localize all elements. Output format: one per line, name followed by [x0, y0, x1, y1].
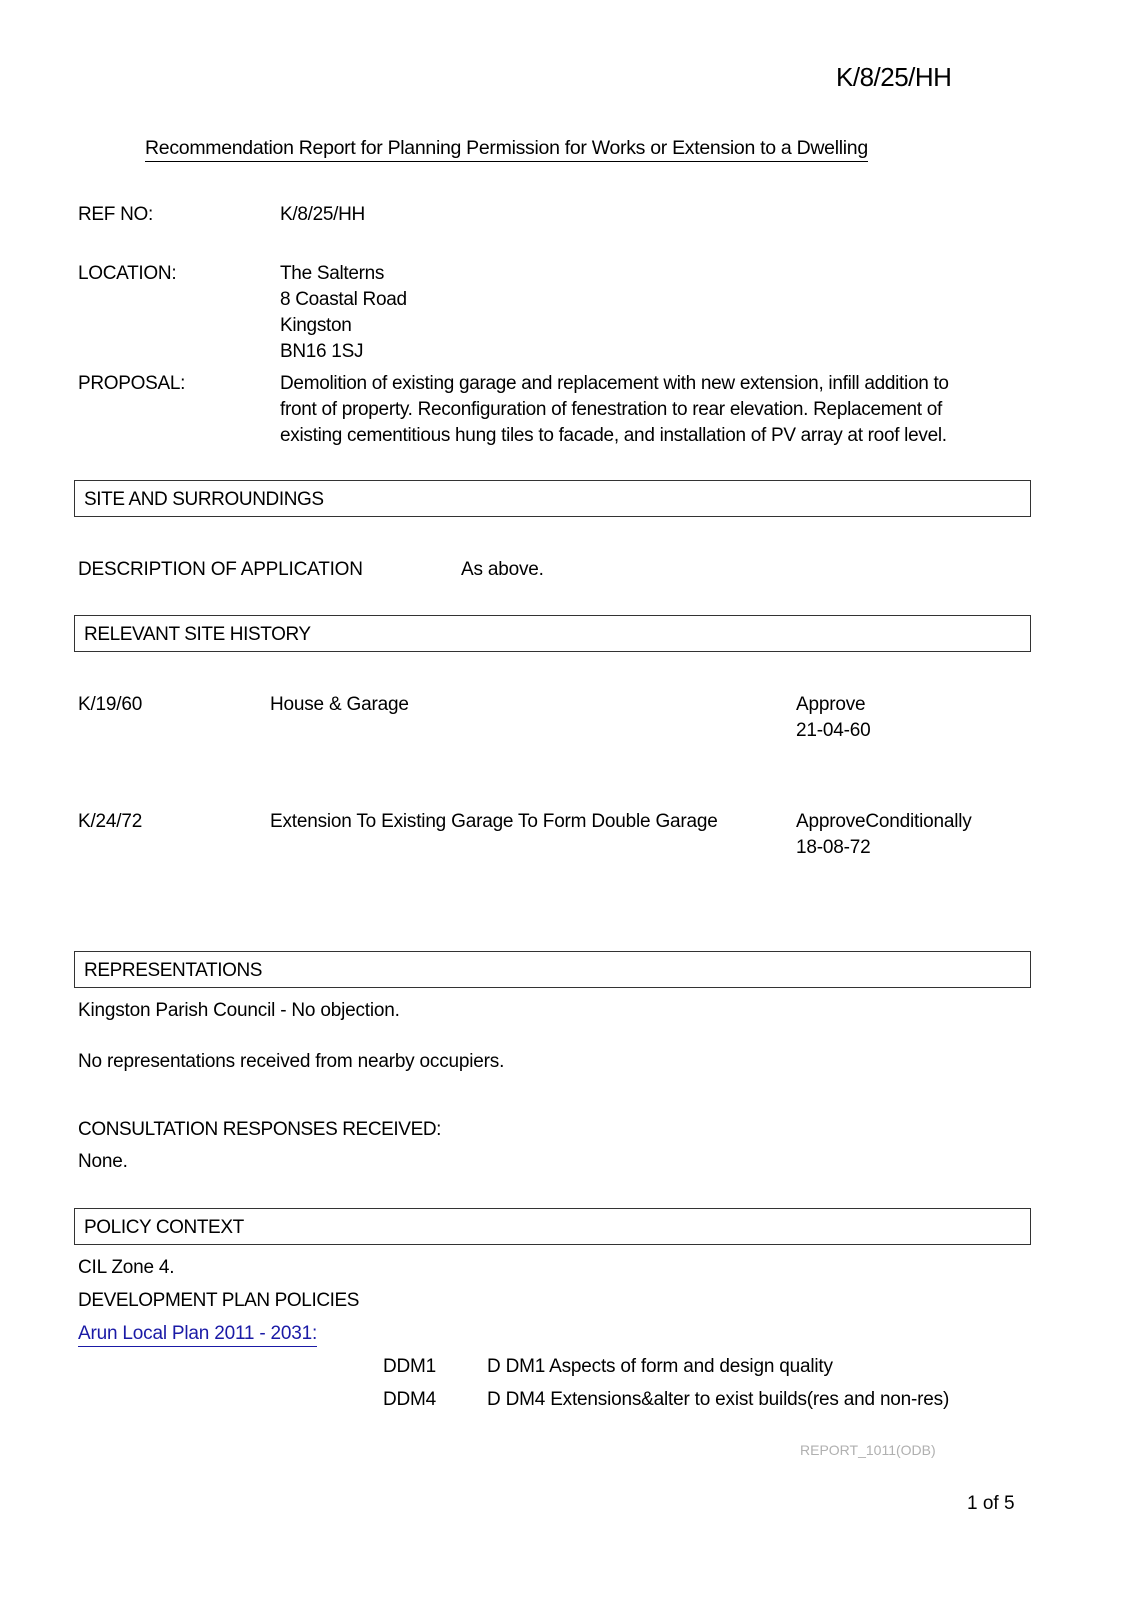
section-title: RELEVANT SITE HISTORY: [84, 624, 311, 646]
proposal-line: Demolition of existing garage and replac…: [280, 371, 1050, 397]
history-date: 21-04-60: [796, 718, 870, 744]
section-site-and-surroundings: SITE AND SURROUNDINGS: [74, 480, 1031, 517]
representation-line: No representations received from nearby …: [78, 1049, 504, 1075]
document-title: Recommendation Report for Planning Permi…: [145, 137, 868, 162]
history-description: House & Garage: [270, 692, 409, 718]
policy-code: DDM1: [383, 1354, 436, 1380]
ref-no-label: REF NO:: [78, 202, 153, 228]
location-line: The Salterns: [280, 261, 407, 287]
location-label: LOCATION:: [78, 261, 176, 287]
description-value: As above.: [461, 557, 544, 583]
proposal-value: Demolition of existing garage and replac…: [280, 371, 1050, 449]
section-title: REPRESENTATIONS: [84, 960, 262, 982]
policy-code: DDM4: [383, 1387, 436, 1413]
description-label: DESCRIPTION OF APPLICATION: [78, 557, 363, 583]
location-value: The Salterns 8 Coastal Road Kingston BN1…: [280, 261, 407, 365]
report-code: REPORT_1011(ODB): [800, 1442, 936, 1458]
section-title: POLICY CONTEXT: [84, 1217, 244, 1239]
location-line: Kingston: [280, 313, 407, 339]
proposal-label: PROPOSAL:: [78, 371, 185, 397]
development-plan-heading: DEVELOPMENT PLAN POLICIES: [78, 1290, 359, 1312]
section-policy-context: POLICY CONTEXT: [74, 1208, 1031, 1245]
proposal-line: front of property. Reconfiguration of fe…: [280, 397, 1050, 423]
history-ref: K/24/72: [78, 809, 142, 835]
history-description: Extension To Existing Garage To Form Dou…: [270, 809, 718, 835]
location-line: BN16 1SJ: [280, 339, 407, 365]
representation-line: Kingston Parish Council - No objection.: [78, 998, 400, 1024]
proposal-line: existing cementitious hung tiles to faca…: [280, 423, 1050, 449]
history-decision: ApproveConditionally: [796, 809, 972, 835]
section-title: SITE AND SURROUNDINGS: [84, 489, 324, 511]
history-ref: K/19/60: [78, 692, 142, 718]
page-number: 1 of 5: [967, 1493, 1015, 1515]
cil-zone: CIL Zone 4.: [78, 1255, 174, 1281]
plan-link-wrapper: Arun Local Plan 2011 - 2031:: [78, 1321, 317, 1347]
history-decision: Approve: [796, 692, 865, 718]
arun-local-plan-link[interactable]: Arun Local Plan 2011 - 2031:: [78, 1323, 317, 1347]
consultation-heading: CONSULTATION RESPONSES RECEIVED:: [78, 1119, 441, 1141]
history-date: 18-08-72: [796, 835, 870, 861]
ref-no-value: K/8/25/HH: [280, 202, 365, 228]
policy-description: D DM1 Aspects of form and design quality: [487, 1354, 833, 1380]
section-representations: REPRESENTATIONS: [74, 951, 1031, 988]
policy-description: D DM4 Extensions&alter to exist builds(r…: [487, 1387, 949, 1413]
location-line: 8 Coastal Road: [280, 287, 407, 313]
section-relevant-site-history: RELEVANT SITE HISTORY: [74, 615, 1031, 652]
consultation-value: None.: [78, 1149, 128, 1175]
document-reference: K/8/25/HH: [836, 62, 951, 93]
